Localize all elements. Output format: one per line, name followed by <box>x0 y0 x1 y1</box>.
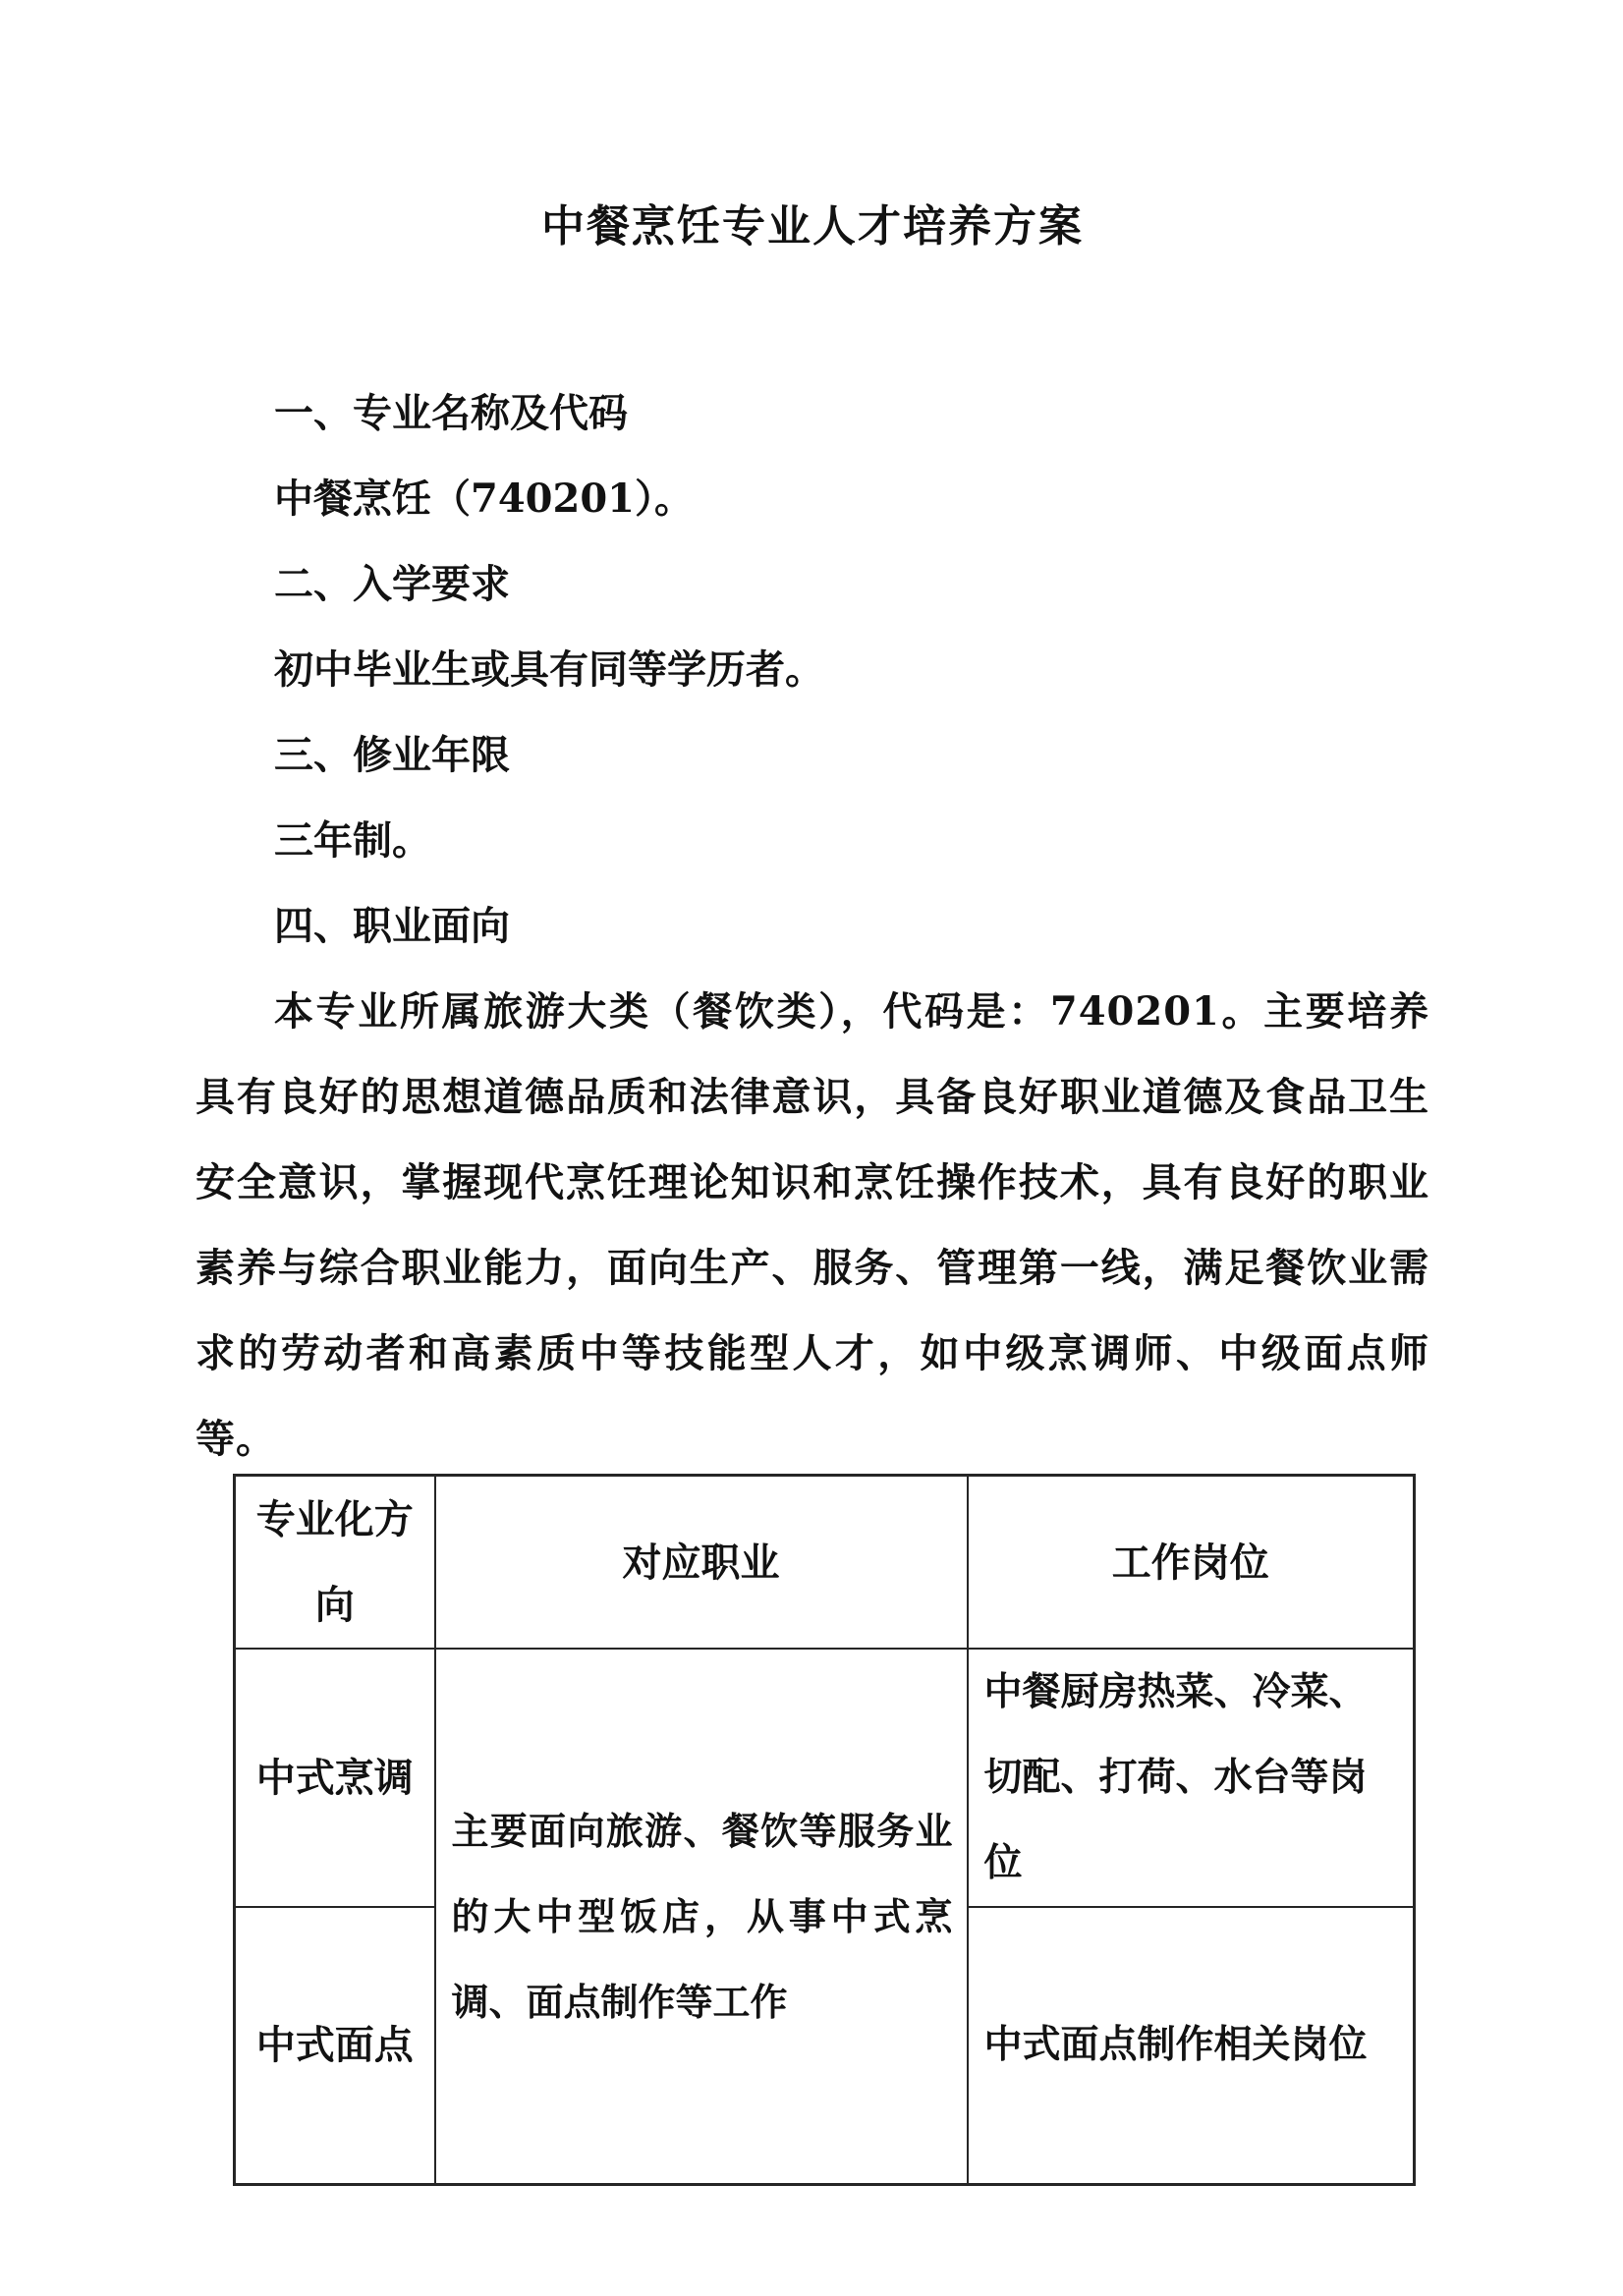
table-header-direction: 专业化方向 <box>235 1476 435 1650</box>
section-body-1: 中餐烹饪（740201）。 <box>196 456 1429 541</box>
document-content: 中餐烹饪专业人才培养方案 一、专业名称及代码 中餐烹饪（740201）。 二、入… <box>196 0 1429 2186</box>
section-heading-4: 四、职业面向 <box>196 883 1429 969</box>
table-header-positions: 工作岗位 <box>968 1476 1415 1650</box>
careers-table: 专业化方向 对应职业 工作岗位 中式烹调 主要面向旅游、餐饮等服务业的大中型饭店… <box>233 1474 1416 2186</box>
section-body-3: 三年制。 <box>196 798 1429 883</box>
direction-cell-chinese-cooking: 中式烹调 <box>235 1649 435 1907</box>
section-heading-1: 一、专业名称及代码 <box>196 370 1429 456</box>
section-heading-3: 三、修业年限 <box>196 712 1429 798</box>
document-title: 中餐烹饪专业人才培养方案 <box>196 198 1429 255</box>
table-row-chinese-cooking: 中式烹调 主要面向旅游、餐饮等服务业的大中型饭店，从事中式烹调、面点制作等工作 … <box>235 1649 1415 1907</box>
document-body: 一、专业名称及代码 中餐烹饪（740201）。 二、入学要求 初中毕业生或具有同… <box>196 370 1429 1482</box>
positions-cell-chinese-cooking: 中餐厨房热菜、冷菜、切配、打荷、水台等岗位 <box>968 1649 1415 1907</box>
occupation-cell-merged: 主要面向旅游、餐饮等服务业的大中型饭店，从事中式烹调、面点制作等工作 <box>435 1649 968 2184</box>
table-header-occupation: 对应职业 <box>435 1476 968 1650</box>
direction-cell-chinese-pastry: 中式面点 <box>235 1907 435 2184</box>
table-header-row: 专业化方向 对应职业 工作岗位 <box>235 1476 1415 1650</box>
section-body-2: 初中毕业生或具有同等学历者。 <box>196 627 1429 712</box>
career-orientation-paragraph: 本专业所属旅游大类（餐饮类），代码是：740201。主要培养具有良好的思想道德品… <box>196 969 1429 1482</box>
document-page: 中餐烹饪专业人才培养方案 一、专业名称及代码 中餐烹饪（740201）。 二、入… <box>0 0 1623 2296</box>
section-heading-2: 二、入学要求 <box>196 541 1429 627</box>
positions-cell-chinese-pastry: 中式面点制作相关岗位 <box>968 1907 1415 2184</box>
